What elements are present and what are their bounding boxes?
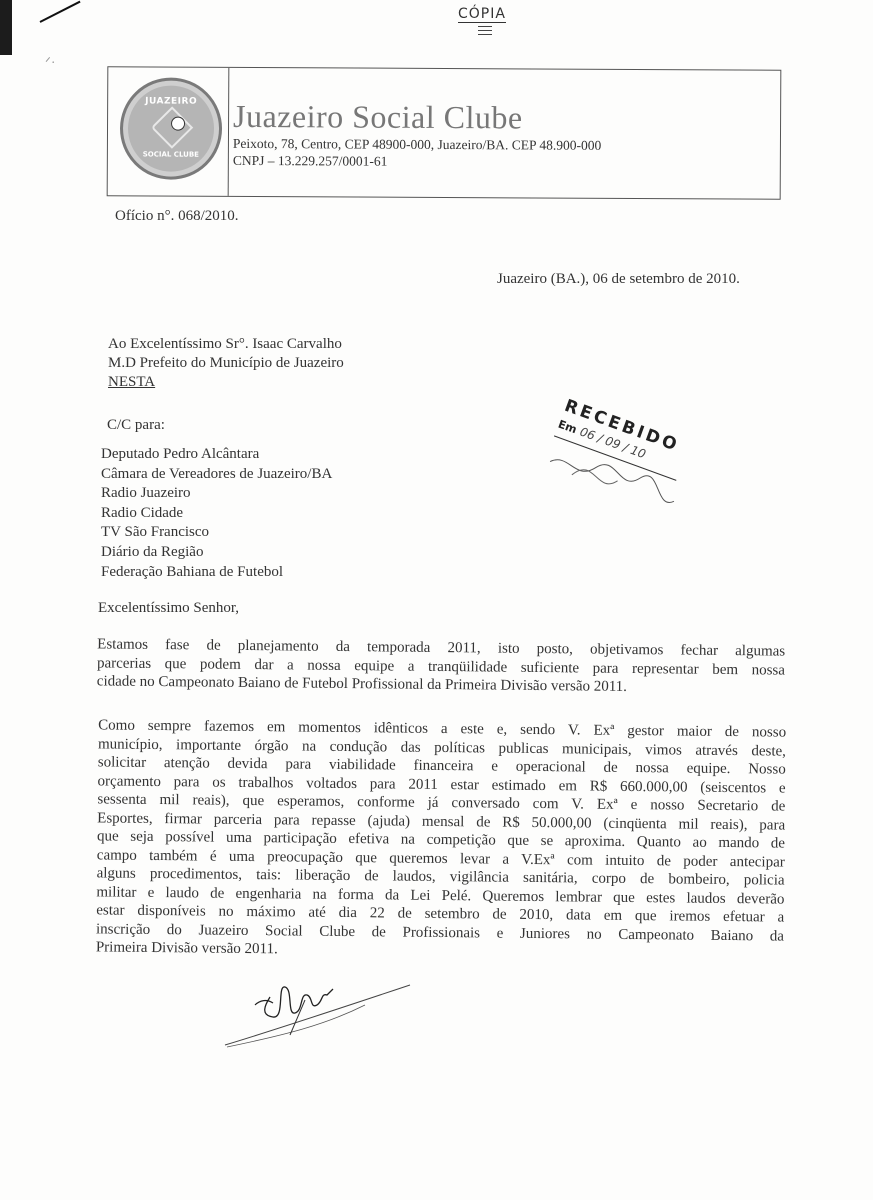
scan-speck: ᐟ· [45,55,56,72]
paragraph-2: Como sempre fazemos em momentos idêntico… [96,716,786,964]
addressee-block: Ao Excelentíssimo Sr°. Isaac Carvalho M.… [108,335,344,392]
pen-mark [40,1,81,23]
club-logo-icon: JUAZEIRO SOCIAL CLUBE [120,77,223,180]
addressee-line: Ao Excelentíssimo Sr°. Isaac Carvalho [108,335,344,354]
cc-label: C/C para: [107,416,165,435]
handwritten-signature-icon [215,975,415,1055]
copia-underline-mark [478,26,492,38]
scan-edge [0,0,12,55]
club-cnpj: CNPJ – 13.229.257/0001-61 [233,153,388,170]
cc-item: Câmara de Vereadores de Juazeiro/BA [101,465,332,485]
logo-top-text: JUAZEIRO [123,96,219,107]
cc-item: Federação Bahiana de Futebol [101,563,332,583]
cc-item: TV São Francisco [101,523,332,543]
club-address: Peixoto, 78, Centro, CEP 48900-000, Juaz… [233,136,601,154]
letterhead-divider [228,68,230,196]
paragraph-1: Estamos fase de planejamento da temporad… [97,635,786,698]
logo-bottom-text: SOCIAL CLUBE [123,150,219,159]
letter-reference: Ofício n°. 068/2010. [115,207,239,226]
letter-date: Juazeiro (BA.), 06 de setembro de 2010. [497,270,740,289]
greeting: Excelentíssimo Senhor, [98,599,239,618]
addressee-line: M.D Prefeito do Município de Juazeiro [108,354,344,373]
addressee-line: NESTA [108,373,344,392]
received-stamp: RECEBIDO Em 06 / 09 / 10 [531,396,719,554]
cc-item: Radio Cidade [101,504,332,524]
cc-list: Deputado Pedro Alcântara Câmara de Verea… [101,445,332,582]
club-name: Juazeiro Social Clube [233,98,523,137]
cc-item: Deputado Pedro Alcântara [101,445,332,465]
letterhead: JUAZEIRO SOCIAL CLUBE Juazeiro Social Cl… [107,66,782,200]
cc-item: Radio Juazeiro [101,484,332,504]
stamp-em-label: Em [556,418,578,437]
soccer-ball-icon [171,117,185,131]
cc-item: Diário da Região [101,543,332,563]
copia-annotation: CÓPIA [458,6,506,23]
